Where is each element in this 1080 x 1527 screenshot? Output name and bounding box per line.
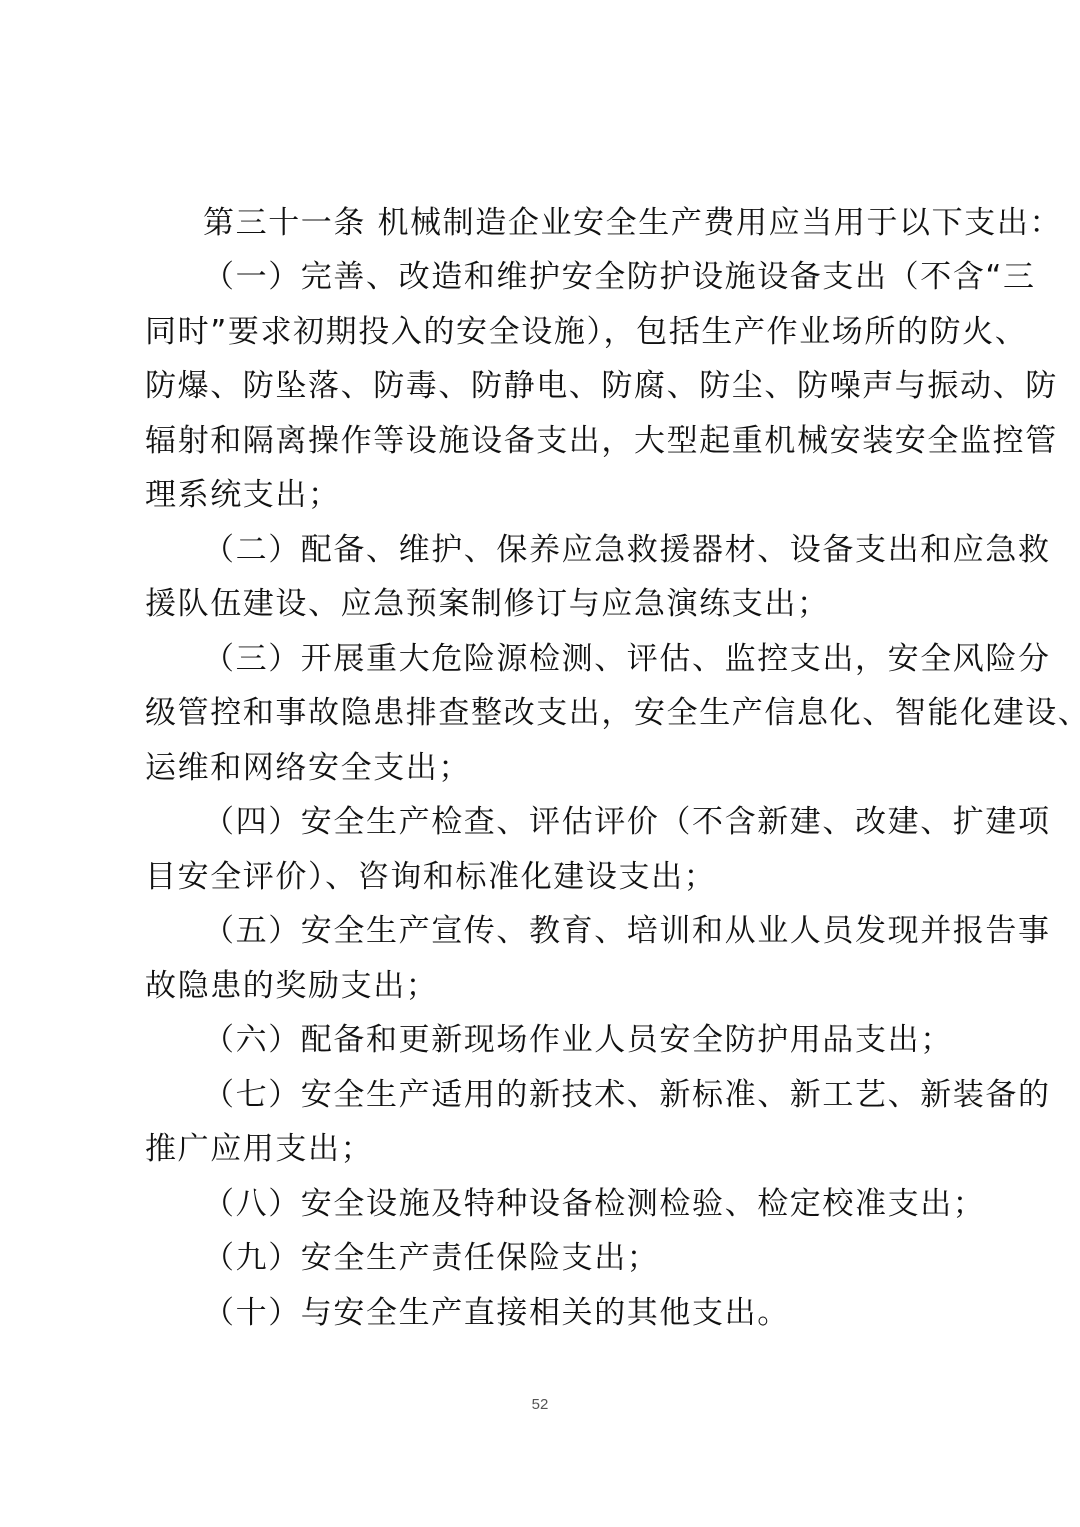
clause-2-line-1: （二）配备、维护、保养应急救援器材、设备支出和应急救: [203, 530, 950, 570]
clause-9: （九）安全生产责任保险支出；: [203, 1238, 950, 1278]
clause-1-line-2: 同时”要求初期投入的安全设施），包括生产作业场所的防火、: [145, 312, 950, 352]
clause-2-line-2: 援队伍建设、应急预案制修订与应急演练支出；: [145, 584, 950, 624]
clause-3-line-3: 运维和网络安全支出；: [145, 748, 950, 788]
clause-8: （八）安全设施及特种设备检测检验、检定校准支出；: [203, 1184, 950, 1224]
clause-1-line-3: 防爆、防坠落、防毒、防静电、防腐、防尘、防噪声与振动、防: [145, 366, 950, 406]
clause-7-line-1: （七）安全生产适用的新技术、新标准、新工艺、新装备的: [203, 1075, 950, 1115]
clause-5-line-1: （五）安全生产宣传、教育、培训和从业人员发现并报告事: [203, 911, 950, 951]
clause-1-line-1: （一）完善、改造和维护安全防护设施设备支出（不含“三: [203, 257, 950, 297]
page-number: 52: [0, 1396, 1080, 1413]
clause-1-line-5: 理系统支出；: [145, 475, 950, 515]
article-heading: 第三十一条 机械制造企业安全生产费用应当用于以下支出：: [203, 203, 950, 243]
clause-1-line-4: 辐射和隔离操作等设施设备支出，大型起重机械安装安全监控管: [145, 421, 950, 461]
clause-4-line-2: 目安全评价）、咨询和标准化建设支出；: [145, 857, 950, 897]
clause-4-line-1: （四）安全生产检查、评估评价（不含新建、改建、扩建项: [203, 802, 950, 842]
clause-10: （十）与安全生产直接相关的其他支出。: [203, 1293, 950, 1333]
clause-6: （六）配备和更新现场作业人员安全防护用品支出；: [203, 1020, 950, 1060]
clause-7-line-2: 推广应用支出；: [145, 1129, 950, 1169]
clause-3-line-2: 级管控和事故隐患排查整改支出，安全生产信息化、智能化建设、: [145, 693, 950, 733]
clause-5-line-2: 故隐患的奖励支出；: [145, 966, 950, 1006]
document-page: 第三十一条 机械制造企业安全生产费用应当用于以下支出： （一）完善、改造和维护安…: [0, 0, 1080, 1527]
clause-3-line-1: （三）开展重大危险源检测、评估、监控支出，安全风险分: [203, 639, 950, 679]
